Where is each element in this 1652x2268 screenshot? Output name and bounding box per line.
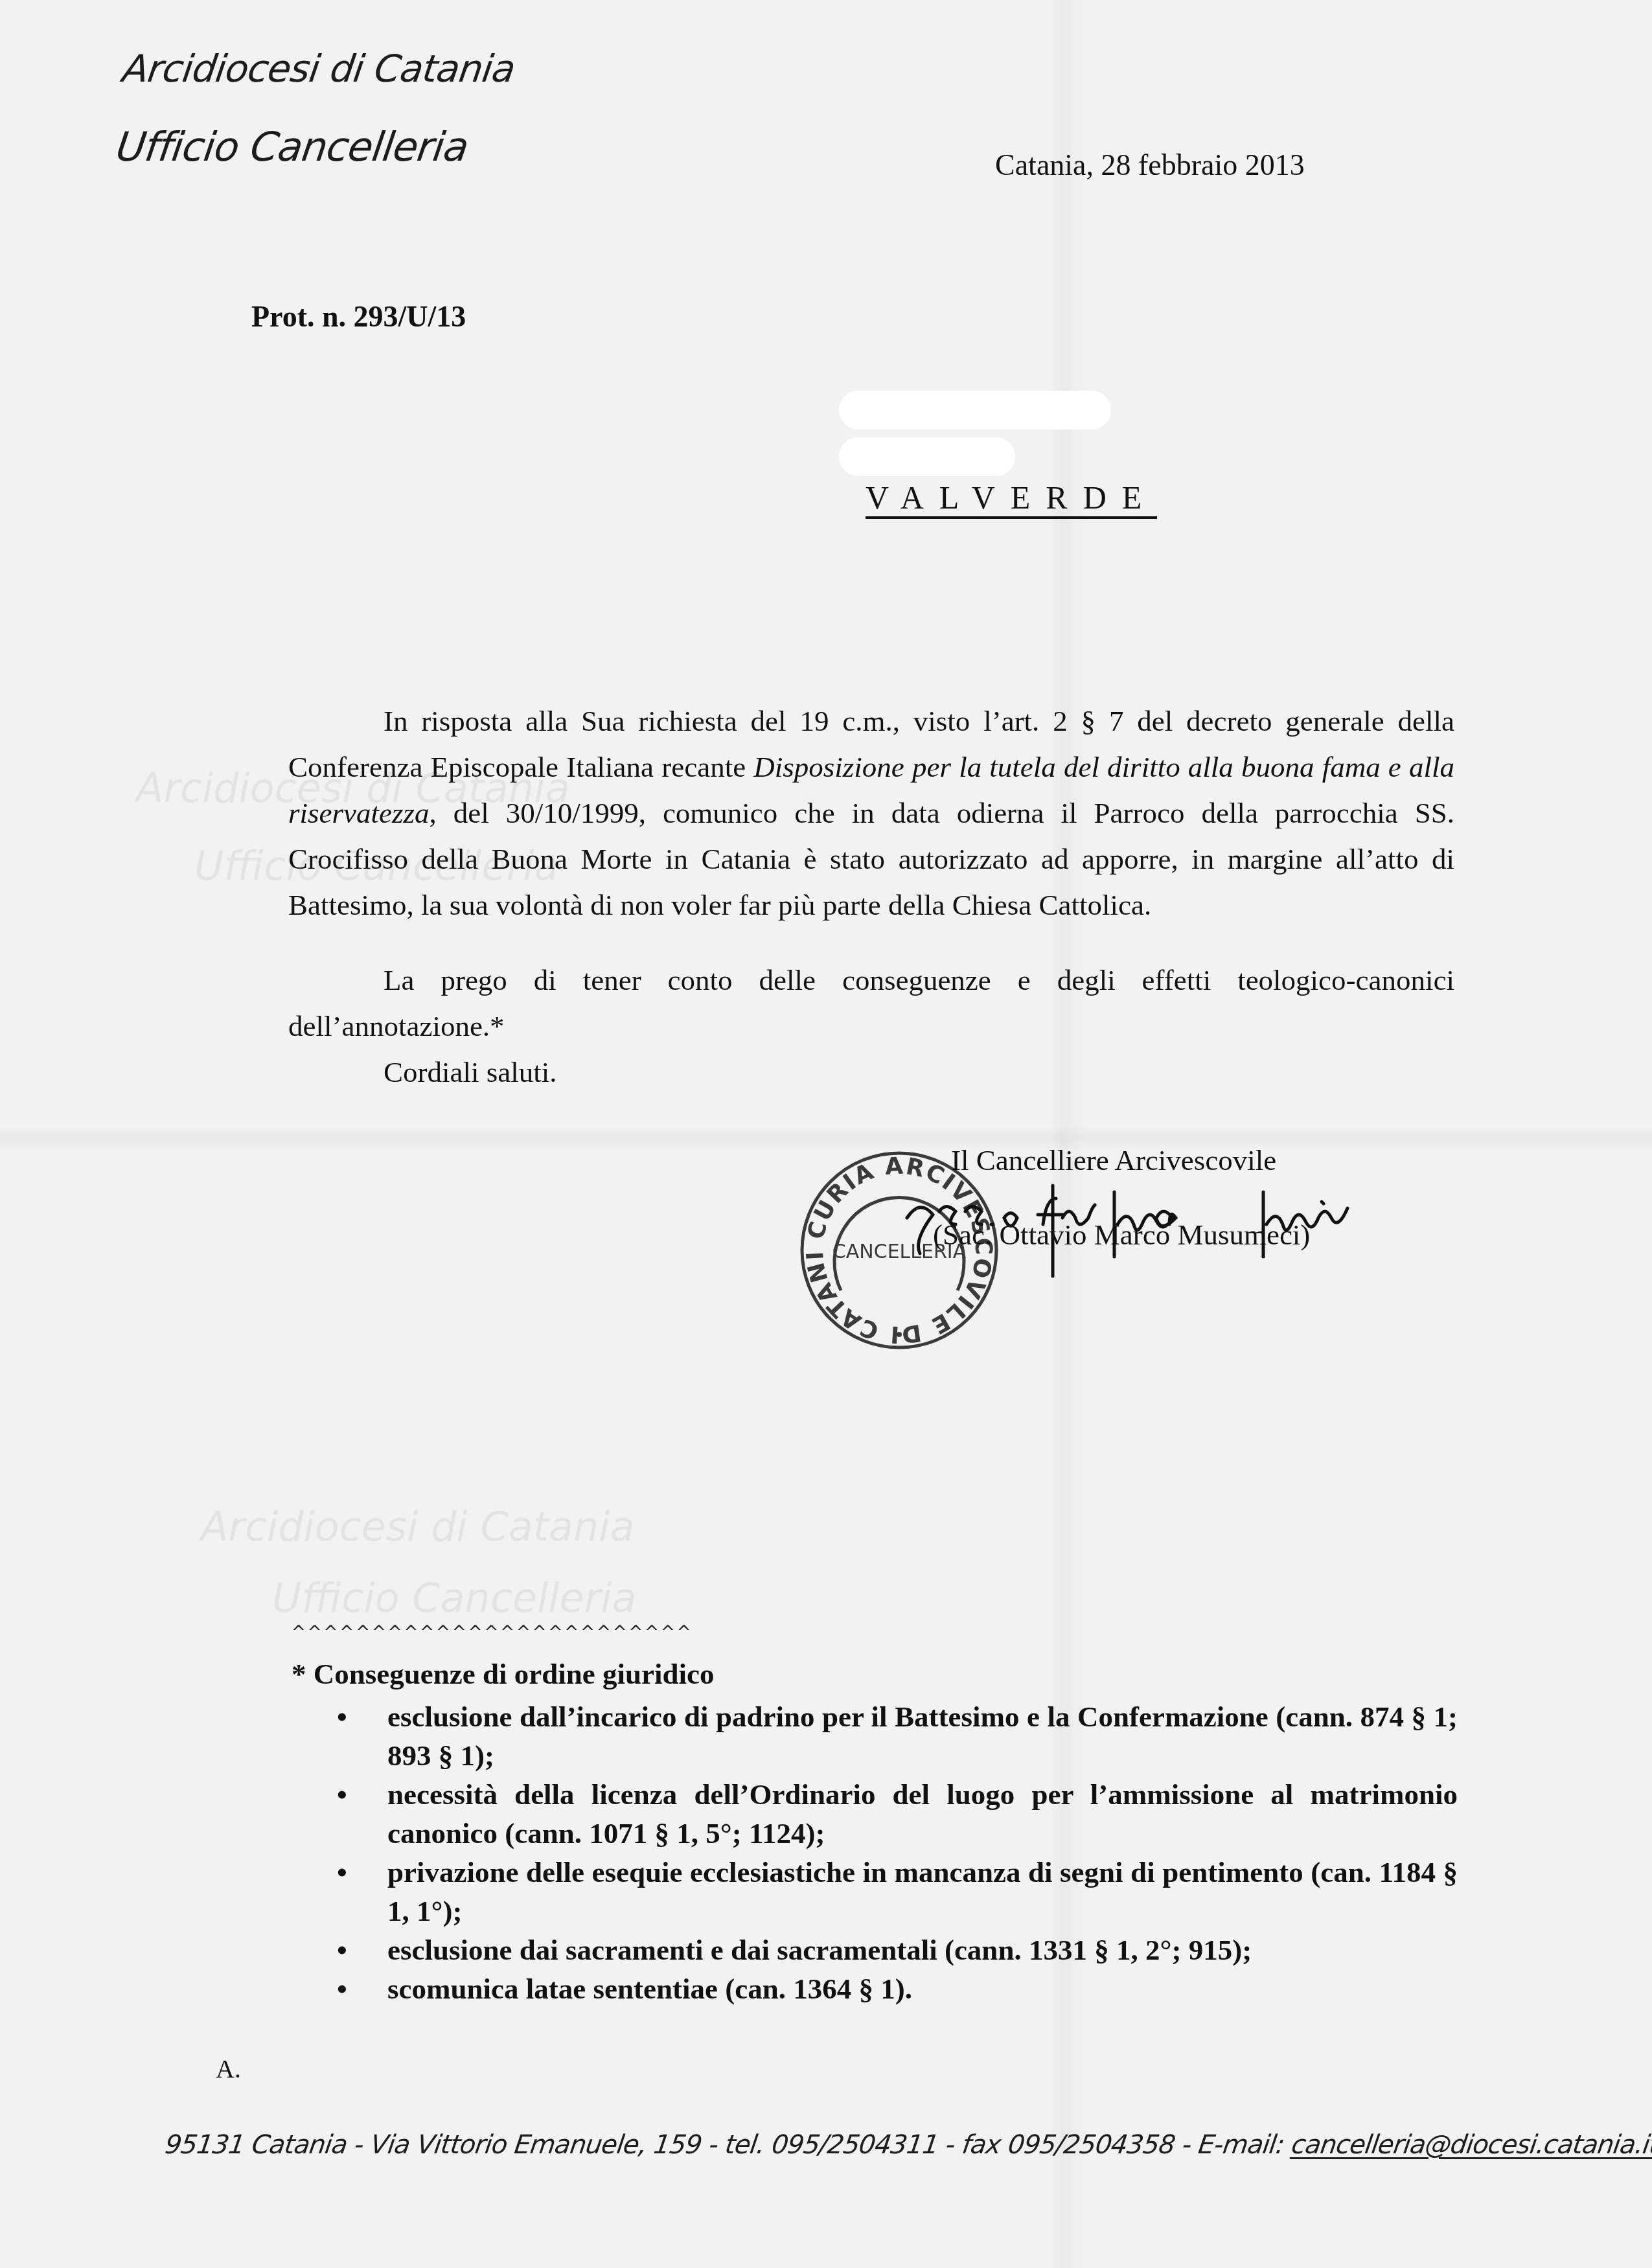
signatory-title: Il Cancelliere Arcivescovile	[951, 1143, 1276, 1177]
bullet-icon: •	[337, 1697, 347, 1736]
list-item-text: esclusione dall’incarico di padrino per …	[387, 1701, 1458, 1772]
list-item: •necessità della licenza dell’Ordinario …	[337, 1775, 1458, 1853]
typist-initial: A.	[216, 2054, 241, 2084]
bullet-icon: •	[337, 1853, 347, 1892]
show-through-letterhead-4: Ufficio Cancelleria	[272, 1574, 636, 1621]
footnote-separator: ^^^^^^^^^^^^^^^^^^^^^^^^^	[292, 1623, 693, 1642]
body-text: Cordiali saluti.	[288, 1049, 1454, 1095]
signatory-printed-name: (Sac. Ottavio Marco Musumeci)	[933, 1218, 1310, 1252]
body-text: La prego di tener conto delle conseguenz…	[288, 957, 1454, 1049]
list-item-text: necessità della licenza dell’Ordinario d…	[387, 1778, 1458, 1850]
redacted-recipient-address	[839, 437, 1015, 476]
list-item: •esclusione dall’incarico di padrino per…	[337, 1697, 1458, 1775]
protocol-number: Prot. n. 293/U/13	[251, 299, 466, 334]
closing-salutation: Cordiali saluti.	[288, 1049, 1454, 1095]
footer-contact-text: 95131 Catania - Via Vittorio Emanuele, 1…	[163, 2130, 1294, 2160]
list-item: •privazione delle esequie ecclesiastiche…	[337, 1853, 1458, 1930]
date-line: Catania, 28 febbraio 2013	[995, 148, 1305, 182]
body-paragraph-1: In risposta alla Sua richiesta del 19 c.…	[288, 698, 1454, 928]
body-paragraph-2: La prego di tener conto delle conseguenz…	[288, 957, 1454, 1049]
body-text: , del 30/10/1999, comunico che in data o…	[288, 797, 1454, 921]
bullet-icon: •	[337, 1930, 347, 1969]
footnote-title: * Conseguenze di ordine giuridico	[292, 1657, 715, 1691]
letterhead-diocese: Arcidiocesi di Catania	[120, 47, 518, 91]
letterhead-office: Ufficio Cancelleria	[113, 123, 472, 170]
footer-address: 95131 Catania - Via Vittorio Emanuele, 1…	[163, 2130, 1652, 2160]
email-link[interactable]: cancelleria@diocesi.catania.it	[1289, 2130, 1652, 2160]
redacted-recipient-name	[839, 391, 1111, 430]
list-item-text: scomunica latae sententiae (can. 1364 § …	[387, 1973, 912, 2005]
list-item: •esclusione dai sacramenti e dai sacrame…	[337, 1930, 1458, 1969]
show-through-letterhead-3: Arcidiocesi di Catania	[201, 1503, 635, 1550]
list-item: •scomunica latae sententiae (can. 1364 §…	[337, 1969, 1458, 2008]
list-item-text: esclusione dai sacramenti e dai sacramen…	[387, 1934, 1252, 1966]
bullet-icon: •	[337, 1969, 347, 2008]
bullet-icon: •	[337, 1775, 347, 1814]
consequences-list: •esclusione dall’incarico di padrino per…	[337, 1697, 1458, 2008]
recipient-city: VALVERDE	[866, 481, 1157, 519]
list-item-text: privazione delle esequie ecclesiastiche …	[387, 1856, 1458, 1927]
